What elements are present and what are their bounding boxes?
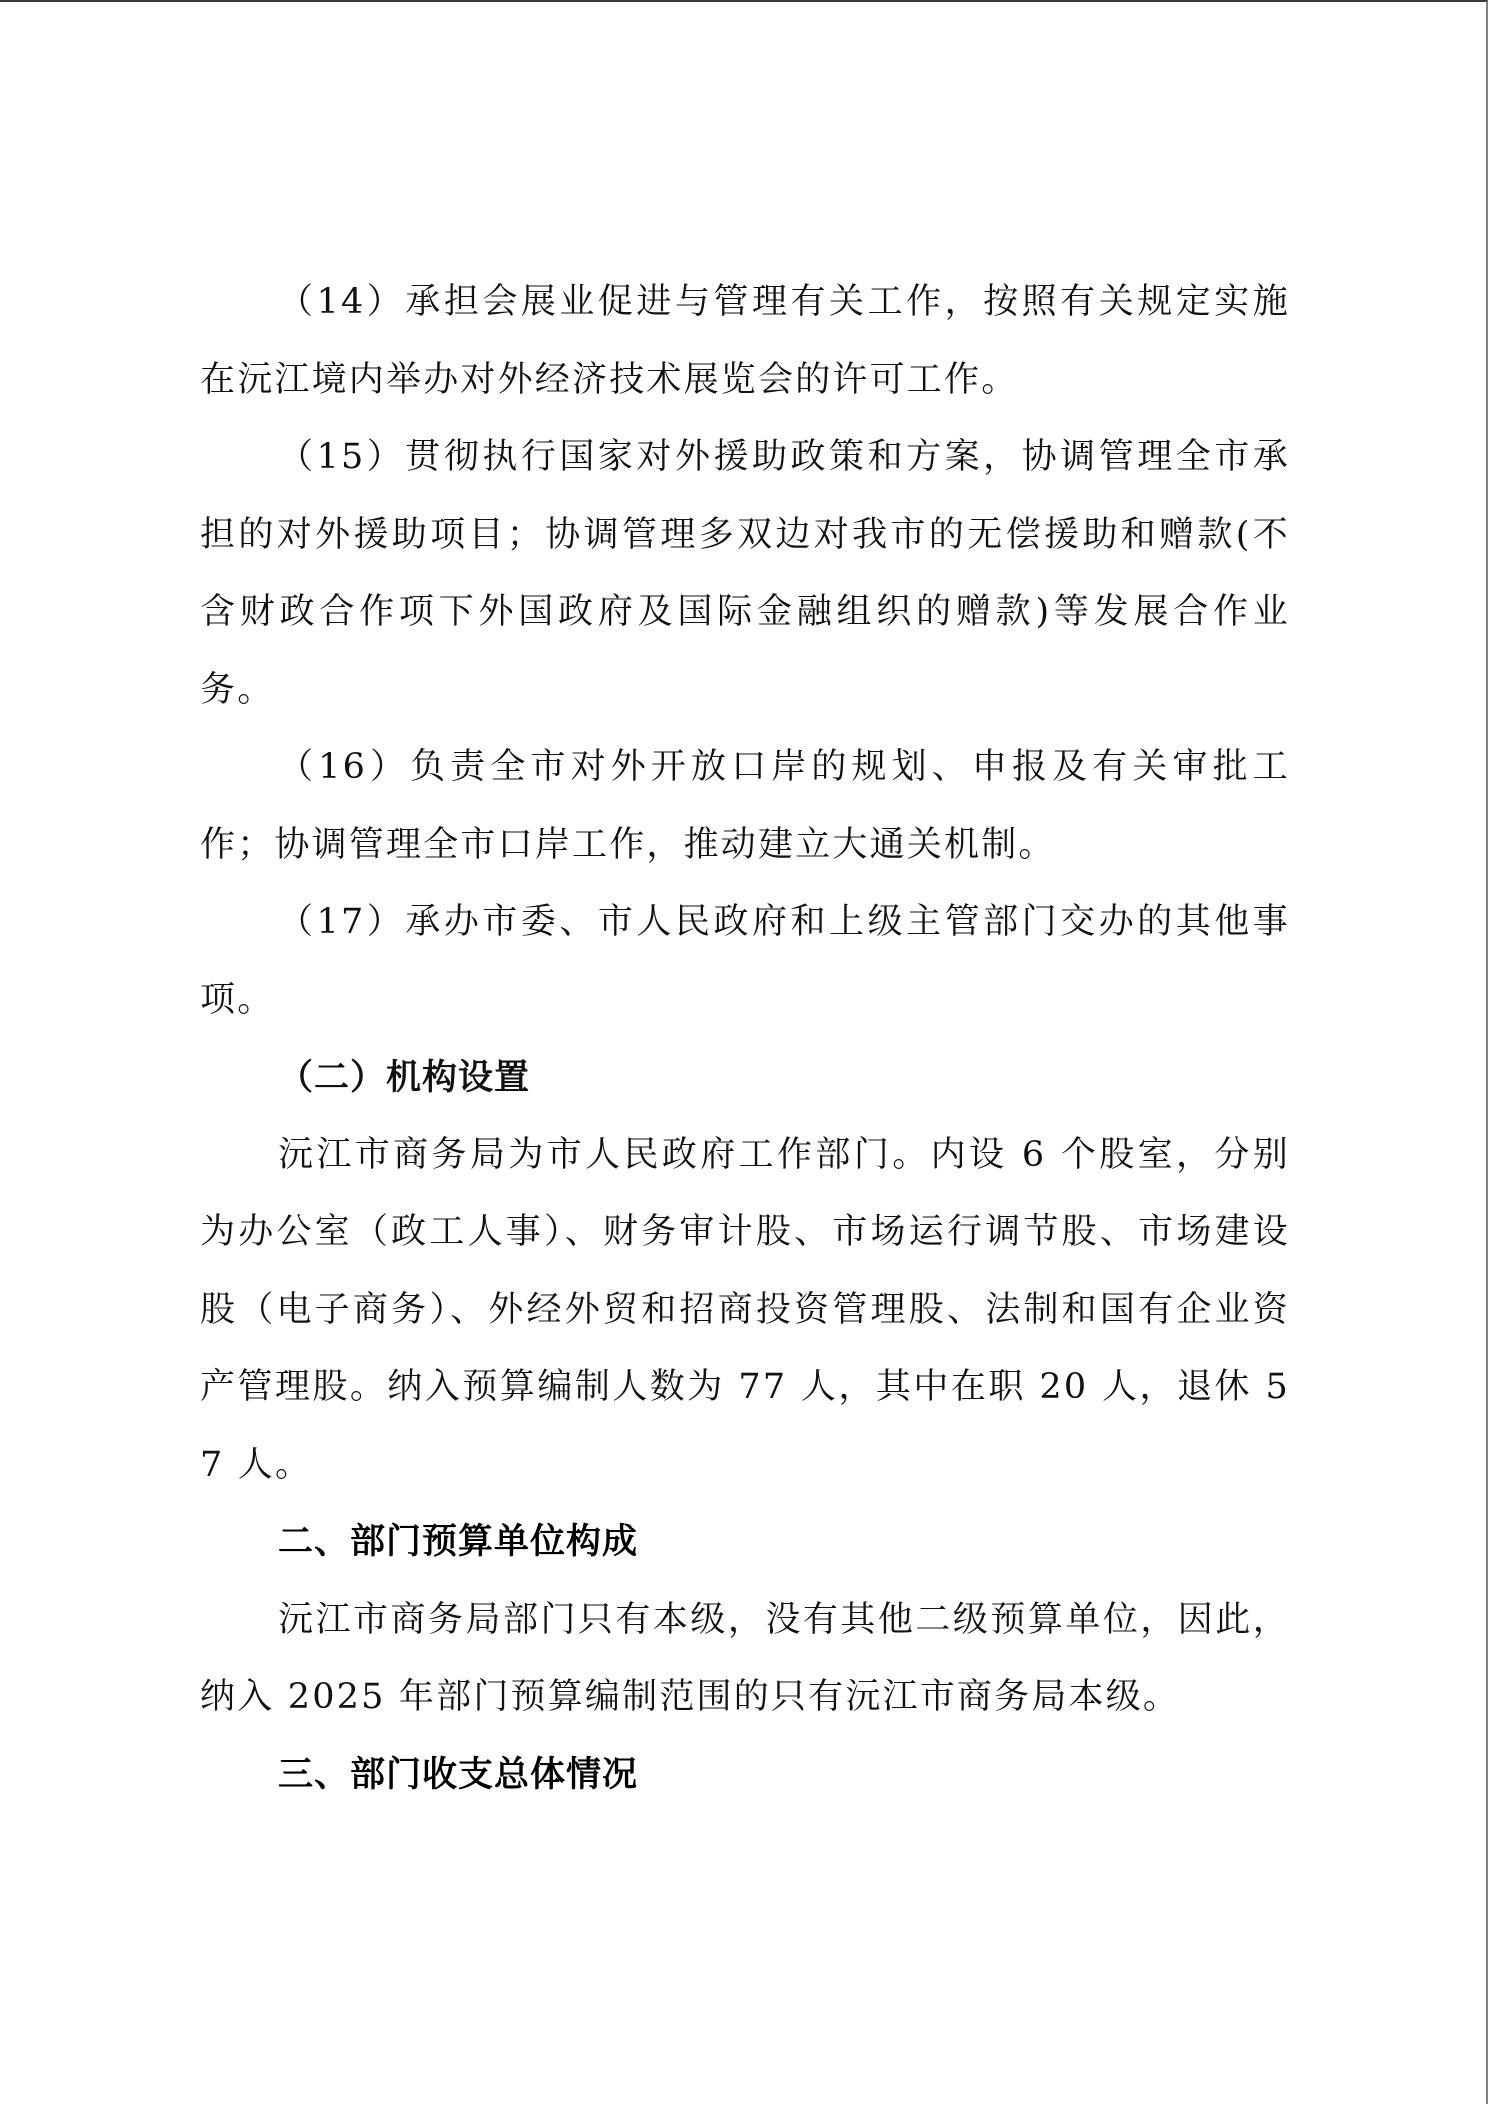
section-heading-revenue-expenditure: 三、部门收支总体情况: [200, 1737, 1290, 1815]
budget-units-paragraph: 沅江市商务局部门只有本级，没有其他二级预算单位，因此，纳入 2025 年部门预算…: [200, 1582, 1290, 1737]
document-body: （14）承担会展业促进与管理有关工作，按照有关规定实施在沅江境内举办对外经济技术…: [200, 264, 1290, 1814]
organization-paragraph: 沅江市商务局为市人民政府工作部门。内设 6 个股室，分别为办公室（政工人事）、财…: [200, 1117, 1290, 1505]
subheading-organization-setup: （二）机构设置: [200, 1039, 1290, 1117]
duty-item-16: （16）负责全市对外开放口岸的规划、申报及有关审批工作；协调管理全市口岸工作，推…: [200, 729, 1290, 884]
duty-item-15: （15）贯彻执行国家对外援助政策和方案，协调管理全市承担的对外援助项目；协调管理…: [200, 419, 1290, 729]
duty-item-14: （14）承担会展业促进与管理有关工作，按照有关规定实施在沅江境内举办对外经济技术…: [200, 264, 1290, 419]
duty-item-17: （17）承办市委、市人民政府和上级主管部门交办的其他事项。: [200, 884, 1290, 1039]
document-page: （14）承担会展业促进与管理有关工作，按照有关规定实施在沅江境内举办对外经济技术…: [0, 0, 1488, 2104]
section-heading-budget-units: 二、部门预算单位构成: [200, 1504, 1290, 1582]
